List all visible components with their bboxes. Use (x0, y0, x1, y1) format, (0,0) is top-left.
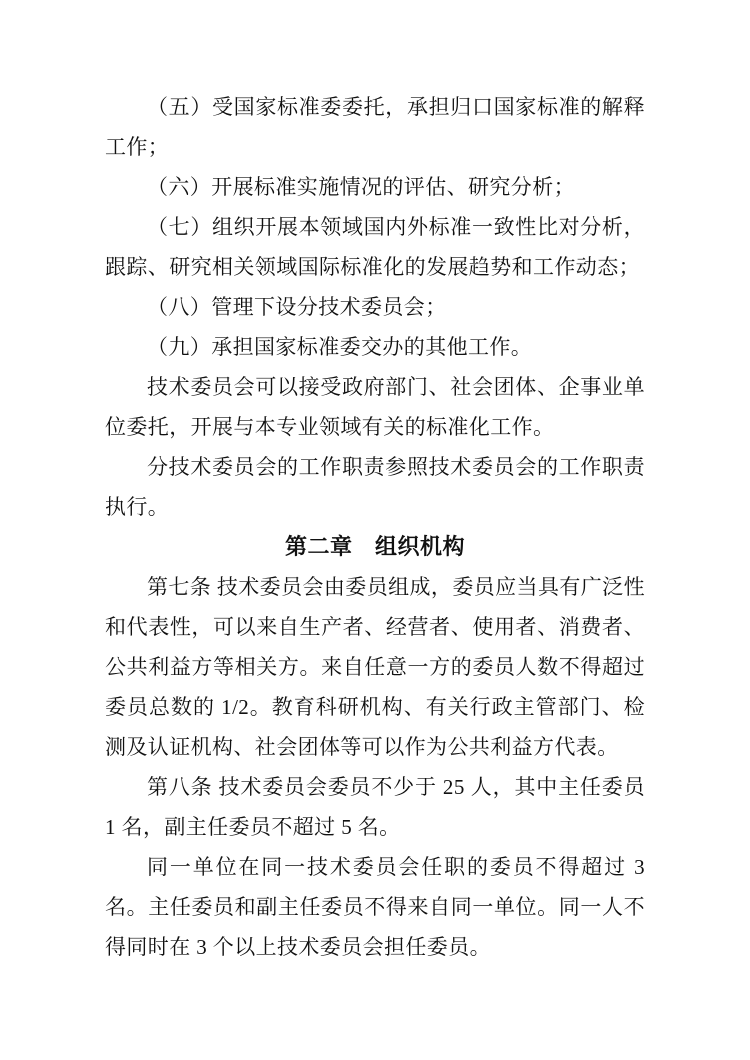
paragraph: 第七条 技术委员会由委员组成，委员应当具有广泛性和代表性，可以来自生产者、经营者… (105, 567, 645, 767)
paragraph: （六）开展标准实施情况的评估、研究分析； (105, 167, 645, 207)
paragraph: （九）承担国家标准委交办的其他工作。 (105, 327, 645, 367)
paragraph: （八）管理下设分技术委员会； (105, 287, 645, 327)
paragraph: 技术委员会可以接受政府部门、社会团体、企事业单位委托，开展与本专业领域有关的标准… (105, 367, 645, 447)
paragraph: 第八条 技术委员会委员不少于 25 人，其中主任委员 1 名，副主任委员不超过 … (105, 767, 645, 847)
document-page: （五）受国家标准委委托，承担归口国家标准的解释工作；（六）开展标准实施情况的评估… (0, 0, 750, 1060)
paragraph: 分技术委员会的工作职责参照技术委员会的工作职责执行。 (105, 447, 645, 527)
paragraph: （七）组织开展本领域国内外标准一致性比对分析，跟踪、研究相关领域国际标准化的发展… (105, 207, 645, 287)
paragraph: 同一单位在同一技术委员会任职的委员不得超过 3 名。主任委员和副主任委员不得来自… (105, 847, 645, 967)
document-body: （五）受国家标准委委托，承担归口国家标准的解释工作；（六）开展标准实施情况的评估… (105, 87, 645, 967)
paragraph: （五）受国家标准委委托，承担归口国家标准的解释工作； (105, 87, 645, 167)
chapter-heading: 第二章 组织机构 (105, 527, 645, 567)
